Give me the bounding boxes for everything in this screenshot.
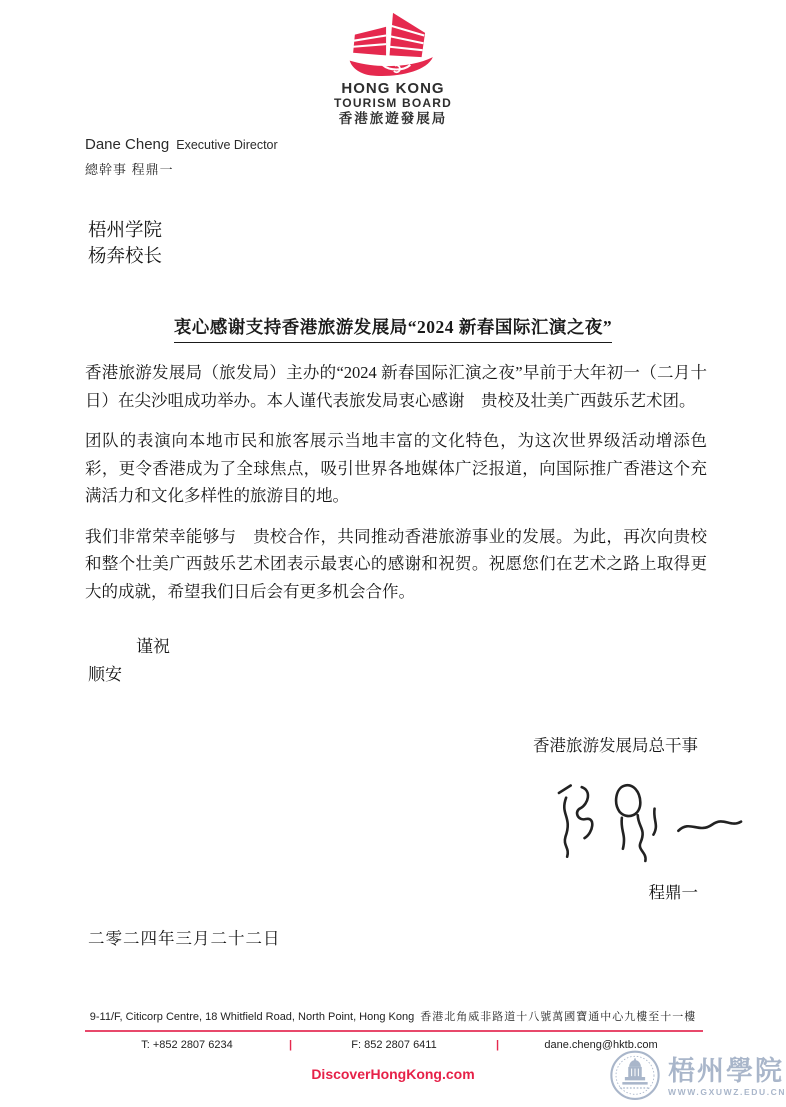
wuzhou-university-watermark: 梧州學院 WWW.GXUWZ.EDU.CN <box>608 1050 786 1104</box>
letter-title: 衷心感谢支持香港旅游发展局“2024 新春国际汇演之夜” <box>174 314 612 343</box>
letter-body: 香港旅游发展局（旅发局）主办的“2024 新春国际汇演之夜”早前于大年初一（二月… <box>85 359 707 618</box>
footer-address: 9-11/F, Citicorp Centre, 18 Whitfield Ro… <box>0 1008 786 1024</box>
sender-block: Dane ChengExecutive Director 總幹事 程鼎一 <box>85 136 278 178</box>
closing-line-1: 谨祝 <box>136 633 170 661</box>
junk-boat-icon <box>341 12 445 78</box>
hktb-logo: HONG KONG TOURISM BOARD 香港旅遊發展局 <box>0 12 786 127</box>
paragraph-1: 香港旅游发展局（旅发局）主办的“2024 新春国际汇演之夜”早前于大年初一（二月… <box>85 359 707 414</box>
letter-date: 二零二四年三月二十二日 <box>88 925 281 949</box>
letter-page: HONG KONG TOURISM BOARD 香港旅遊發展局 Dane Che… <box>0 0 786 1107</box>
watermark-text: 梧州學院 WWW.GXUWZ.EDU.CN <box>668 1058 786 1097</box>
university-seal-icon <box>608 1050 662 1104</box>
letter-title-row: 衷心感谢支持香港旅游发展局“2024 新春国际汇演之夜” <box>0 314 786 343</box>
footer-fax: F: 852 2807 6411 <box>292 1039 496 1051</box>
footer-address-zh: 香港北角威非路道十八號萬國寶通中心九樓至十一樓 <box>420 1011 696 1023</box>
signoff-name: 程鼎一 <box>0 879 698 903</box>
recipient-block: 梧州学院 杨奔校长 <box>88 218 162 270</box>
footer-divider-line <box>85 1030 703 1032</box>
watermark-university-name: 梧州學院 <box>668 1058 786 1085</box>
paragraph-2: 团队的表演向本地市民和旅客展示当地丰富的文化特色，为这次世界级活动增添色彩，更令… <box>85 427 707 510</box>
logo-text-line1: HONG KONG <box>0 80 786 97</box>
paragraph-3: 我们非常荣幸能够与 贵校合作，共同推动香港旅游事业的发展。为此，再次向贵校和整个… <box>85 523 707 606</box>
handwritten-signature <box>538 768 750 876</box>
sender-title: Executive Director <box>176 138 277 152</box>
closing-block: 谨祝 顺安 <box>88 633 170 689</box>
closing-line-2: 顺安 <box>88 661 170 689</box>
signoff-title: 香港旅游发展局总干事 <box>0 732 698 756</box>
footer-address-en: 9-11/F, Citicorp Centre, 18 Whitfield Ro… <box>90 1011 414 1023</box>
sender-line-en: Dane ChengExecutive Director <box>85 136 278 154</box>
recipient-person: 杨奔校长 <box>88 244 162 270</box>
recipient-org: 梧州学院 <box>88 218 162 244</box>
watermark-url: WWW.GXUWZ.EDU.CN <box>668 1088 786 1097</box>
logo-text-chinese: 香港旅遊發展局 <box>0 111 786 127</box>
logo-text-line2: TOURISM BOARD <box>0 97 786 111</box>
sender-line-zh: 總幹事 程鼎一 <box>85 159 278 178</box>
footer-tel: T: +852 2807 6234 <box>85 1039 289 1051</box>
sender-name: Dane Cheng <box>85 136 169 153</box>
